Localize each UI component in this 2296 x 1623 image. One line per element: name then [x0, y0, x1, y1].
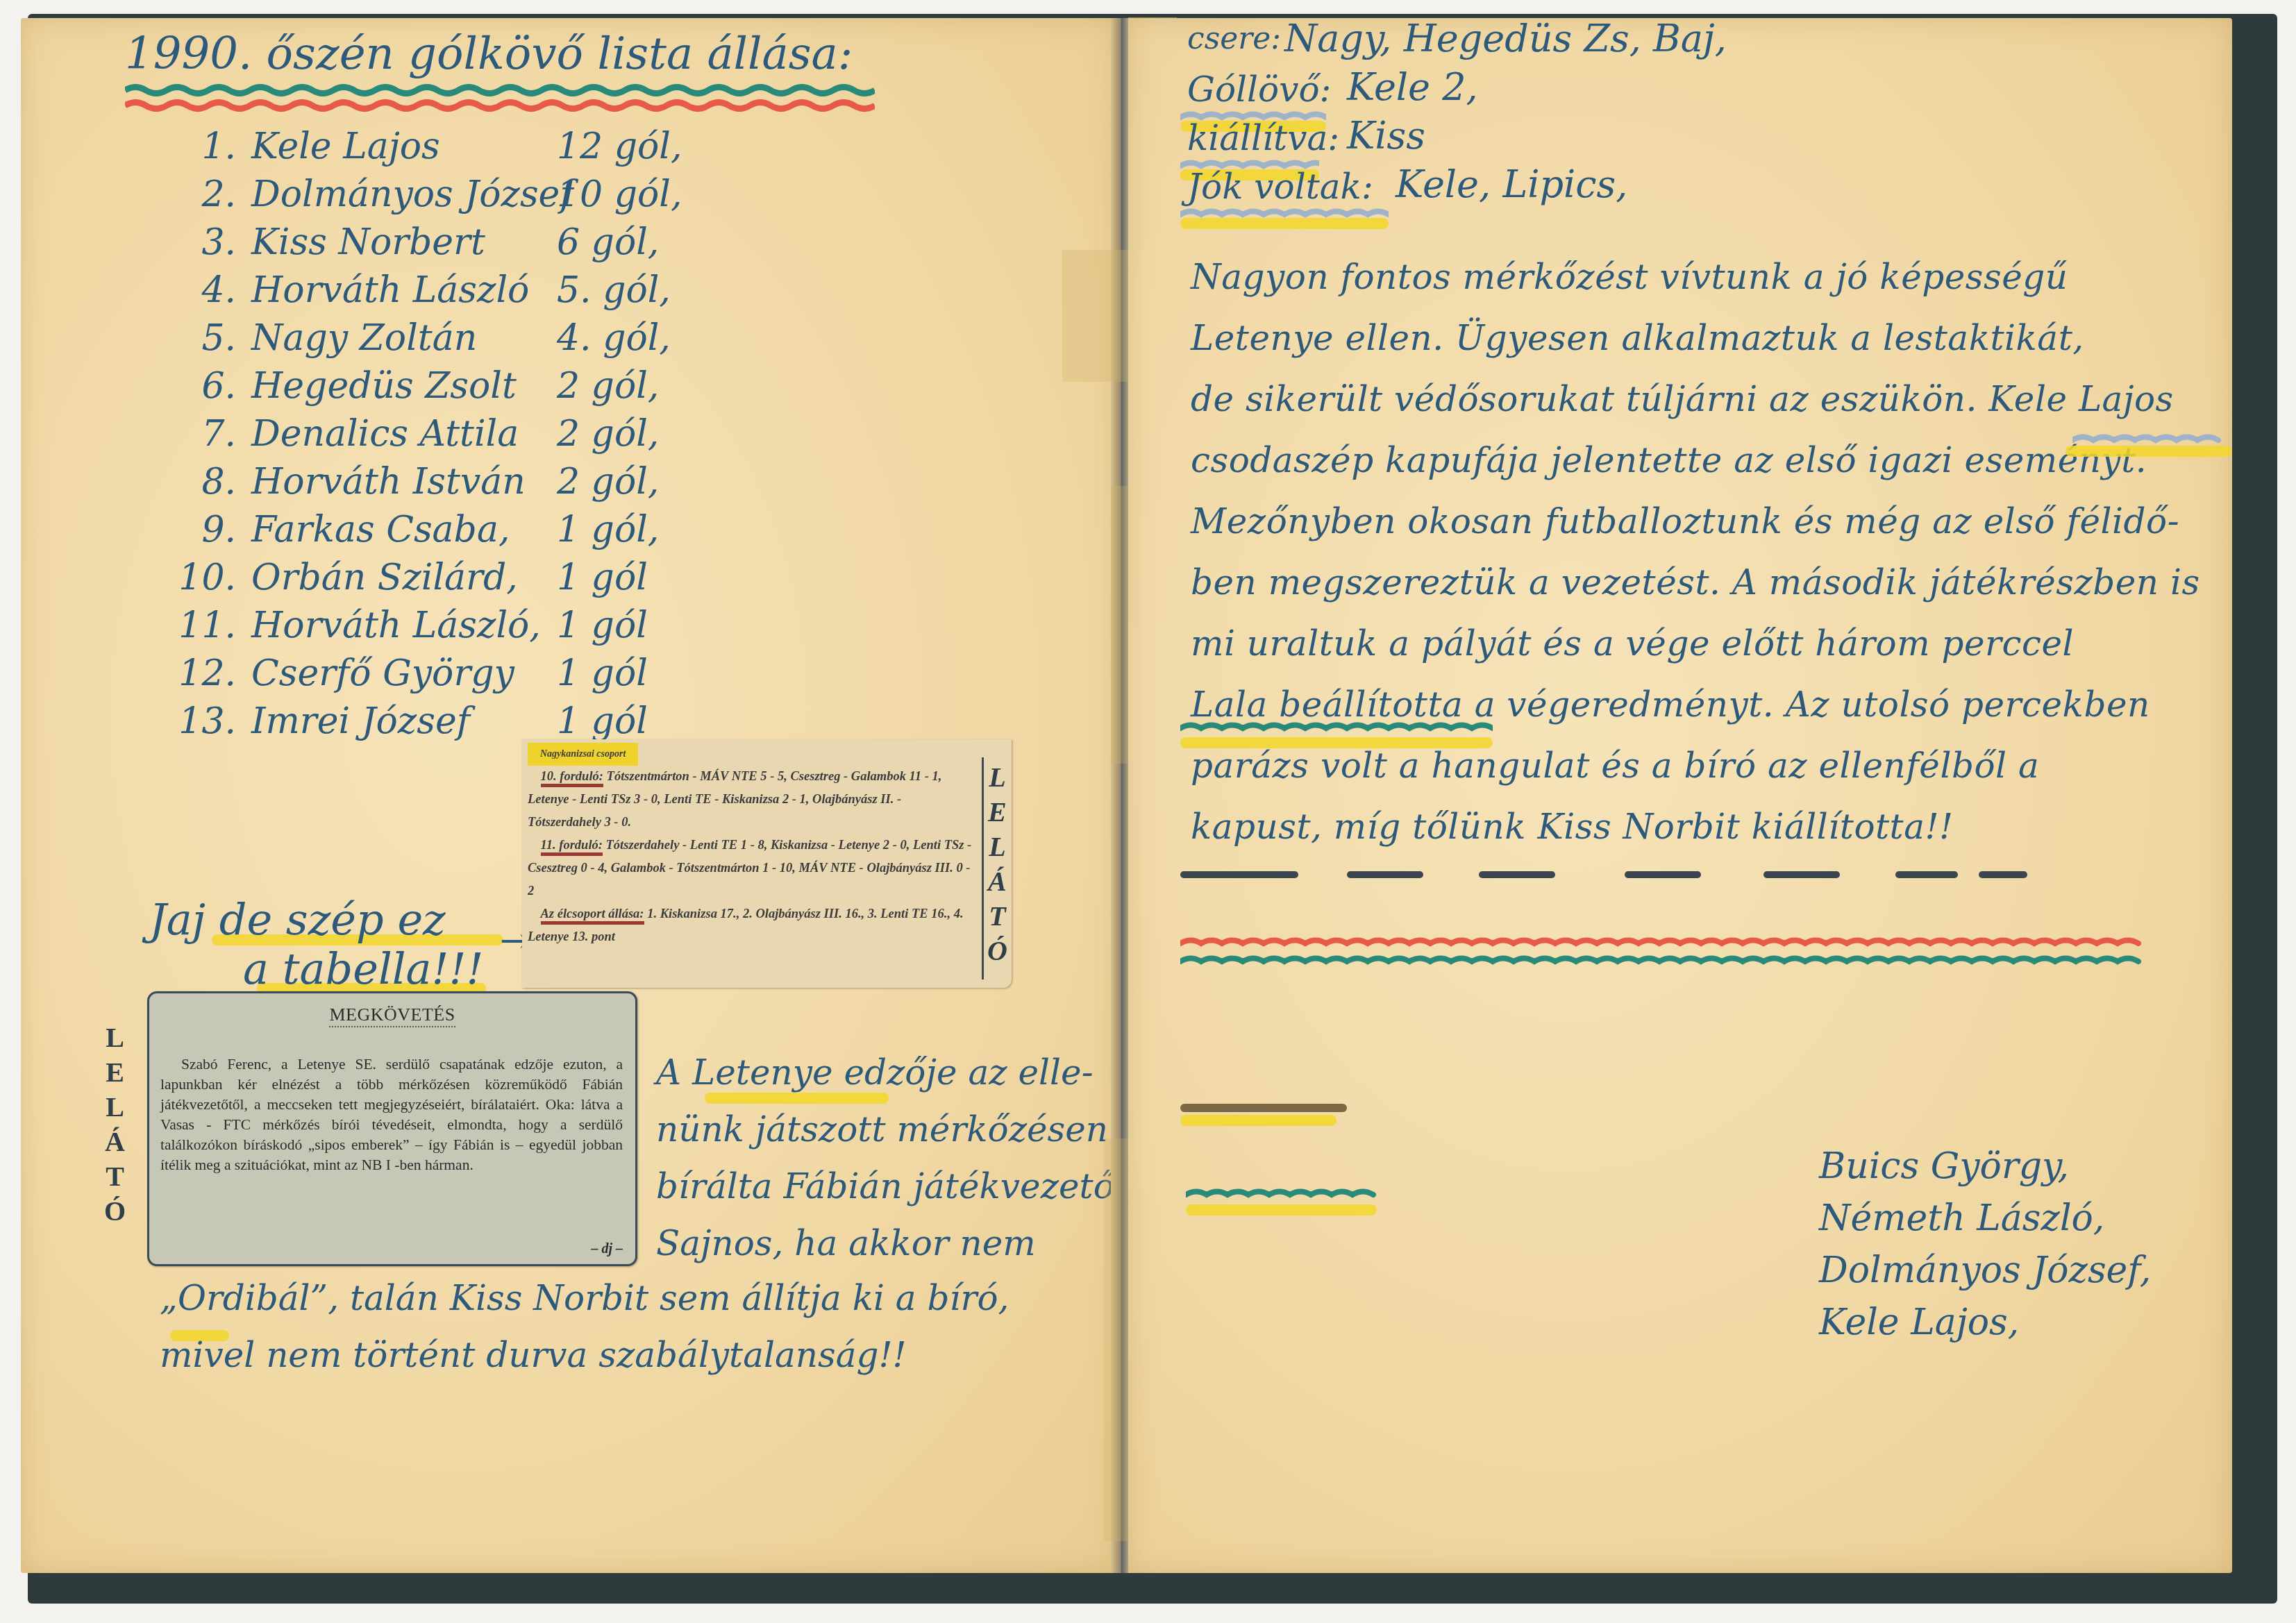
scorer-goals: 2 gól,: [557, 365, 675, 407]
regular-player: Buics György,: [1819, 1145, 2069, 1187]
report-line: de sikerült védősorukat túljárni az eszü…: [1191, 379, 2174, 419]
annotation-line-2: a tabella!!!: [243, 943, 483, 994]
list-item: 12.Cserfő György1 gól: [160, 653, 675, 694]
separator-dash: [1347, 871, 1423, 878]
report-line: kapust, míg tőlünk Kiss Norbit kiállítot…: [1191, 807, 1954, 847]
scorer-name: Dolmányos József: [251, 174, 557, 215]
note-line: „Ordibál”, talán Kiss Norbit sem állítja…: [160, 1278, 1009, 1318]
divider: [982, 757, 984, 979]
scorer-goals: 1 gól: [557, 605, 675, 646]
scorer-goals: 10 gól,: [557, 174, 675, 215]
scorer-goals: 5. gól,: [557, 269, 675, 311]
masthead-lelato: LELÁTÓ: [104, 1020, 126, 1229]
scorer-name: Farkas Csaba,: [251, 509, 557, 550]
scorer-goals: 1 gól: [557, 653, 675, 694]
report-line: mi uraltuk a pályát és a vége előtt háro…: [1191, 623, 2074, 664]
info-value: Kele 2,: [1347, 65, 1478, 109]
brown-underline: [1180, 1104, 1347, 1112]
report-line: csodaszép kapufája jelentette az első ig…: [1191, 440, 2147, 480]
scorer-rank: 8.: [160, 461, 251, 503]
list-item: 6.Hegedüs Zsolt2 gól,: [160, 365, 675, 407]
green-squiggle-underline: [125, 84, 875, 96]
list-item: 8.Horváth István2 gól,: [160, 461, 675, 503]
info-value: Nagy, Hegedüs Zs, Baj,: [1284, 17, 1727, 60]
scorer-goals: 1 gól: [557, 700, 675, 742]
list-item: 7.Denalics Attila2 gól,: [160, 413, 675, 455]
masthead-letter: L: [989, 760, 1005, 795]
report-line: Mezőnyben okosan futballoztunk és még az…: [1191, 501, 2179, 541]
masthead-letter: Á: [988, 864, 1007, 899]
scorer-rank: 12.: [160, 653, 251, 694]
masthead-letter: T: [106, 1159, 124, 1194]
separator-dash: [1625, 871, 1701, 878]
list-item: 5.Nagy Zoltán4. gól,: [160, 317, 675, 359]
scorer-name: Denalics Attila: [251, 413, 557, 455]
scorer-rank: 5.: [160, 317, 251, 359]
newspaper-clipping-apology: MEGKÖVETÉS Szabó Ferenc, a Letenye SE. s…: [147, 991, 637, 1266]
masthead-letter: E: [988, 795, 1007, 830]
scorer-goals: 12 gól,: [557, 126, 675, 167]
masthead-letter: Ó: [987, 934, 1007, 968]
scorer-rank: 7.: [160, 413, 251, 455]
scorer-name: Imrei József: [251, 700, 557, 742]
list-item: 1.Kele Lajos12 gól,: [160, 126, 675, 167]
report-line: Letenye ellen. Ügyesen alkalmaztuk a les…: [1191, 318, 2084, 358]
yellow-highlight: [1180, 737, 1493, 748]
list-item: 3.Kiss Norbert6 gól,: [160, 221, 675, 263]
regular-player: Dolmányos József,: [1819, 1250, 2151, 1291]
scorer-goals: 1 gól,: [557, 509, 675, 550]
masthead-letter: T: [989, 899, 1005, 934]
info-label: kiállítva:: [1187, 118, 1339, 158]
goal-list-title: 1990. őszén gólkövő lista állása:: [125, 28, 853, 80]
masthead-letter: L: [106, 1090, 124, 1125]
clipping-title: MEGKÖVETÉS: [329, 1004, 455, 1027]
standings-label: Az élcsoport állása:: [541, 907, 644, 925]
goal-scorer-list: 1.Kele Lajos12 gól,2.Dolmányos József10 …: [160, 126, 715, 750]
red-squiggle-underline: [125, 99, 875, 112]
list-item: 10.Orbán Szilárd,1 gól: [160, 557, 675, 598]
scorer-name: Horváth István: [251, 461, 557, 503]
info-value: Kiss: [1347, 114, 1425, 158]
clipping-header: Nagykanizsai csoport: [528, 743, 638, 766]
scorer-name: Cserfő György: [251, 653, 557, 694]
green-squiggle-underline: [1180, 722, 1493, 734]
list-item: 13.Imrei József1 gól: [160, 700, 675, 742]
report-line: ben megszereztük a vezetést. A második j…: [1191, 562, 2200, 603]
masthead-letter: E: [106, 1055, 124, 1090]
scorer-goals: 2 gól,: [557, 413, 675, 455]
yellow-highlight: [1180, 218, 1389, 229]
report-line: parázs volt a hangulat és a bíró az elle…: [1191, 746, 2039, 786]
info-label: Góllövő:: [1187, 69, 1331, 110]
scorer-name: Horváth László: [251, 269, 557, 311]
report-line: Lala beállította a végeredményt. Az utol…: [1191, 684, 2150, 725]
scorer-rank: 3.: [160, 221, 251, 263]
scorer-goals: 4. gól,: [557, 317, 675, 359]
green-squiggle-underline: [1180, 955, 2145, 968]
note-line: Sajnos, ha akkor nem: [656, 1223, 1036, 1263]
round-10-label: 10. forduló:: [541, 770, 603, 787]
scorer-rank: 10.: [160, 557, 251, 598]
scorer-name: Kele Lajos: [251, 126, 557, 167]
scorer-rank: 9.: [160, 509, 251, 550]
regular-player: Németh László,: [1819, 1197, 2104, 1239]
scorer-rank: 6.: [160, 365, 251, 407]
note-line: mivel nem történt durva szabálytalanság!…: [160, 1335, 907, 1375]
scorer-name: Hegedüs Zsolt: [251, 365, 557, 407]
round-11-label: 11. forduló:: [541, 839, 603, 856]
list-item: 9.Farkas Csaba,1 gól,: [160, 509, 675, 550]
regular-player: Kele Lajos,: [1819, 1302, 2019, 1343]
yellow-highlight: [1180, 1115, 1336, 1126]
scorer-name: Orbán Szilárd,: [251, 557, 557, 598]
yellow-highlight: [1186, 1204, 1377, 1216]
scorer-rank: 13.: [160, 700, 251, 742]
scorer-name: Nagy Zoltán: [251, 317, 557, 359]
scorer-rank: 1.: [160, 126, 251, 167]
masthead-letter: Ó: [104, 1194, 126, 1229]
separator-dash: [1895, 871, 1958, 878]
scorer-rank: 2.: [160, 174, 251, 215]
info-label: Jók voltak:: [1187, 167, 1373, 207]
scorer-rank: 11.: [160, 605, 251, 646]
separator-dash: [1479, 871, 1555, 878]
green-squiggle-underline: [1186, 1188, 1377, 1201]
scorer-goals: 2 gól,: [557, 461, 675, 503]
yellow-highlight: [705, 1093, 889, 1104]
yellow-highlight: [2065, 446, 2232, 457]
masthead-letter: L: [989, 830, 1005, 864]
list-item: 2.Dolmányos József10 gól,: [160, 174, 675, 215]
masthead-letter: L: [106, 1020, 124, 1055]
annotation-line-1: Jaj de szép ez: [149, 894, 446, 945]
scorer-goals: 1 gól: [557, 557, 675, 598]
red-squiggle-underline: [1180, 937, 2145, 950]
note-line: nünk játszott mérkőzésen: [656, 1109, 1108, 1150]
separator-dash: [1763, 871, 1840, 878]
right-page: [1128, 18, 2232, 1573]
masthead-lelato: LELÁTÓ: [987, 760, 1007, 968]
report-line: Nagyon fontos mérkőzést vívtunk a jó kép…: [1191, 257, 2068, 297]
info-label: csere:: [1187, 21, 1281, 56]
newspaper-clipping-results: Nagykanizsai csoport 10. forduló: Tótsze…: [522, 739, 1012, 988]
masthead-letter: Á: [105, 1125, 125, 1159]
separator-dash: [1180, 871, 1298, 878]
list-item: 4.Horváth László5. gól,: [160, 269, 675, 311]
clipping-signature: – dj –: [591, 1241, 623, 1257]
clipping-body: Szabó Ferenc, a Letenye SE. serdülő csap…: [160, 1054, 623, 1175]
gray-squiggle-underline: [2072, 434, 2225, 446]
scorer-name: Kiss Norbert: [251, 221, 557, 263]
separator-dash: [1979, 871, 2027, 878]
list-item: 11.Horváth László,1 gól: [160, 605, 675, 646]
info-value: Kele, Lipics,: [1396, 162, 1628, 206]
scorer-rank: 4.: [160, 269, 251, 311]
scorer-goals: 6 gól,: [557, 221, 675, 263]
scorer-name: Horváth László,: [251, 605, 557, 646]
note-line: bírálta Fábián játékvezetőt.: [656, 1166, 1139, 1206]
note-line: A Letenye edzője az elle-: [656, 1052, 1093, 1093]
